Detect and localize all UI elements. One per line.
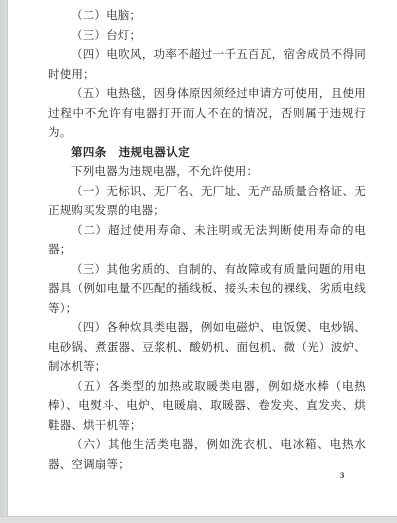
paragraph: （三）台灯； — [48, 27, 366, 47]
paragraph: （五）各类型的加热或取暖类电器，例如烧水棒（电热棒）、电熨斗、电炉、电暖扇、取暖… — [48, 378, 366, 437]
paragraph: （三）其他劣质的、自制的、有故障或有质量问题的用电器具（例如电量不匹配的插线板、… — [48, 261, 366, 320]
paragraph: 下列电器为违规电器，不允许使用： — [48, 163, 366, 183]
paragraph: （四）各种炊具类电器，例如电磁炉、电饭煲、电炒锅、电砂锅、煮蛋器、豆浆机、酸奶机… — [48, 319, 366, 378]
paragraph: （二）电脑； — [48, 7, 366, 27]
section-heading: 第四条 违规电器认定 — [48, 144, 366, 164]
paragraph: （二）超过使用寿命、未注明或无法判断使用寿命的电器； — [48, 222, 366, 261]
document-body: （二）电脑；（三）台灯；（四）电吹风，功率不超过一千五百瓦，宿舍成员不得同时使用… — [48, 7, 366, 475]
scan-edge-bottom — [0, 516, 397, 523]
paragraph: （五）电热毯，因身体原因须经过申请方可使用，且使用过程中不允许有电器打开而人不在… — [48, 85, 366, 144]
paragraph: （一）无标识、无厂名、无厂址、无产品质量合格证、无正规购买发票的电器； — [48, 183, 366, 222]
paragraph: （四）电吹风，功率不超过一千五百瓦，宿舍成员不得同时使用； — [48, 46, 366, 85]
page-number: 3 — [340, 470, 344, 480]
paragraph: （六）其他生活类电器，例如洗衣机、电冰箱、电热水器、空调扇等； — [48, 436, 366, 475]
scan-edge-left — [0, 0, 8, 523]
